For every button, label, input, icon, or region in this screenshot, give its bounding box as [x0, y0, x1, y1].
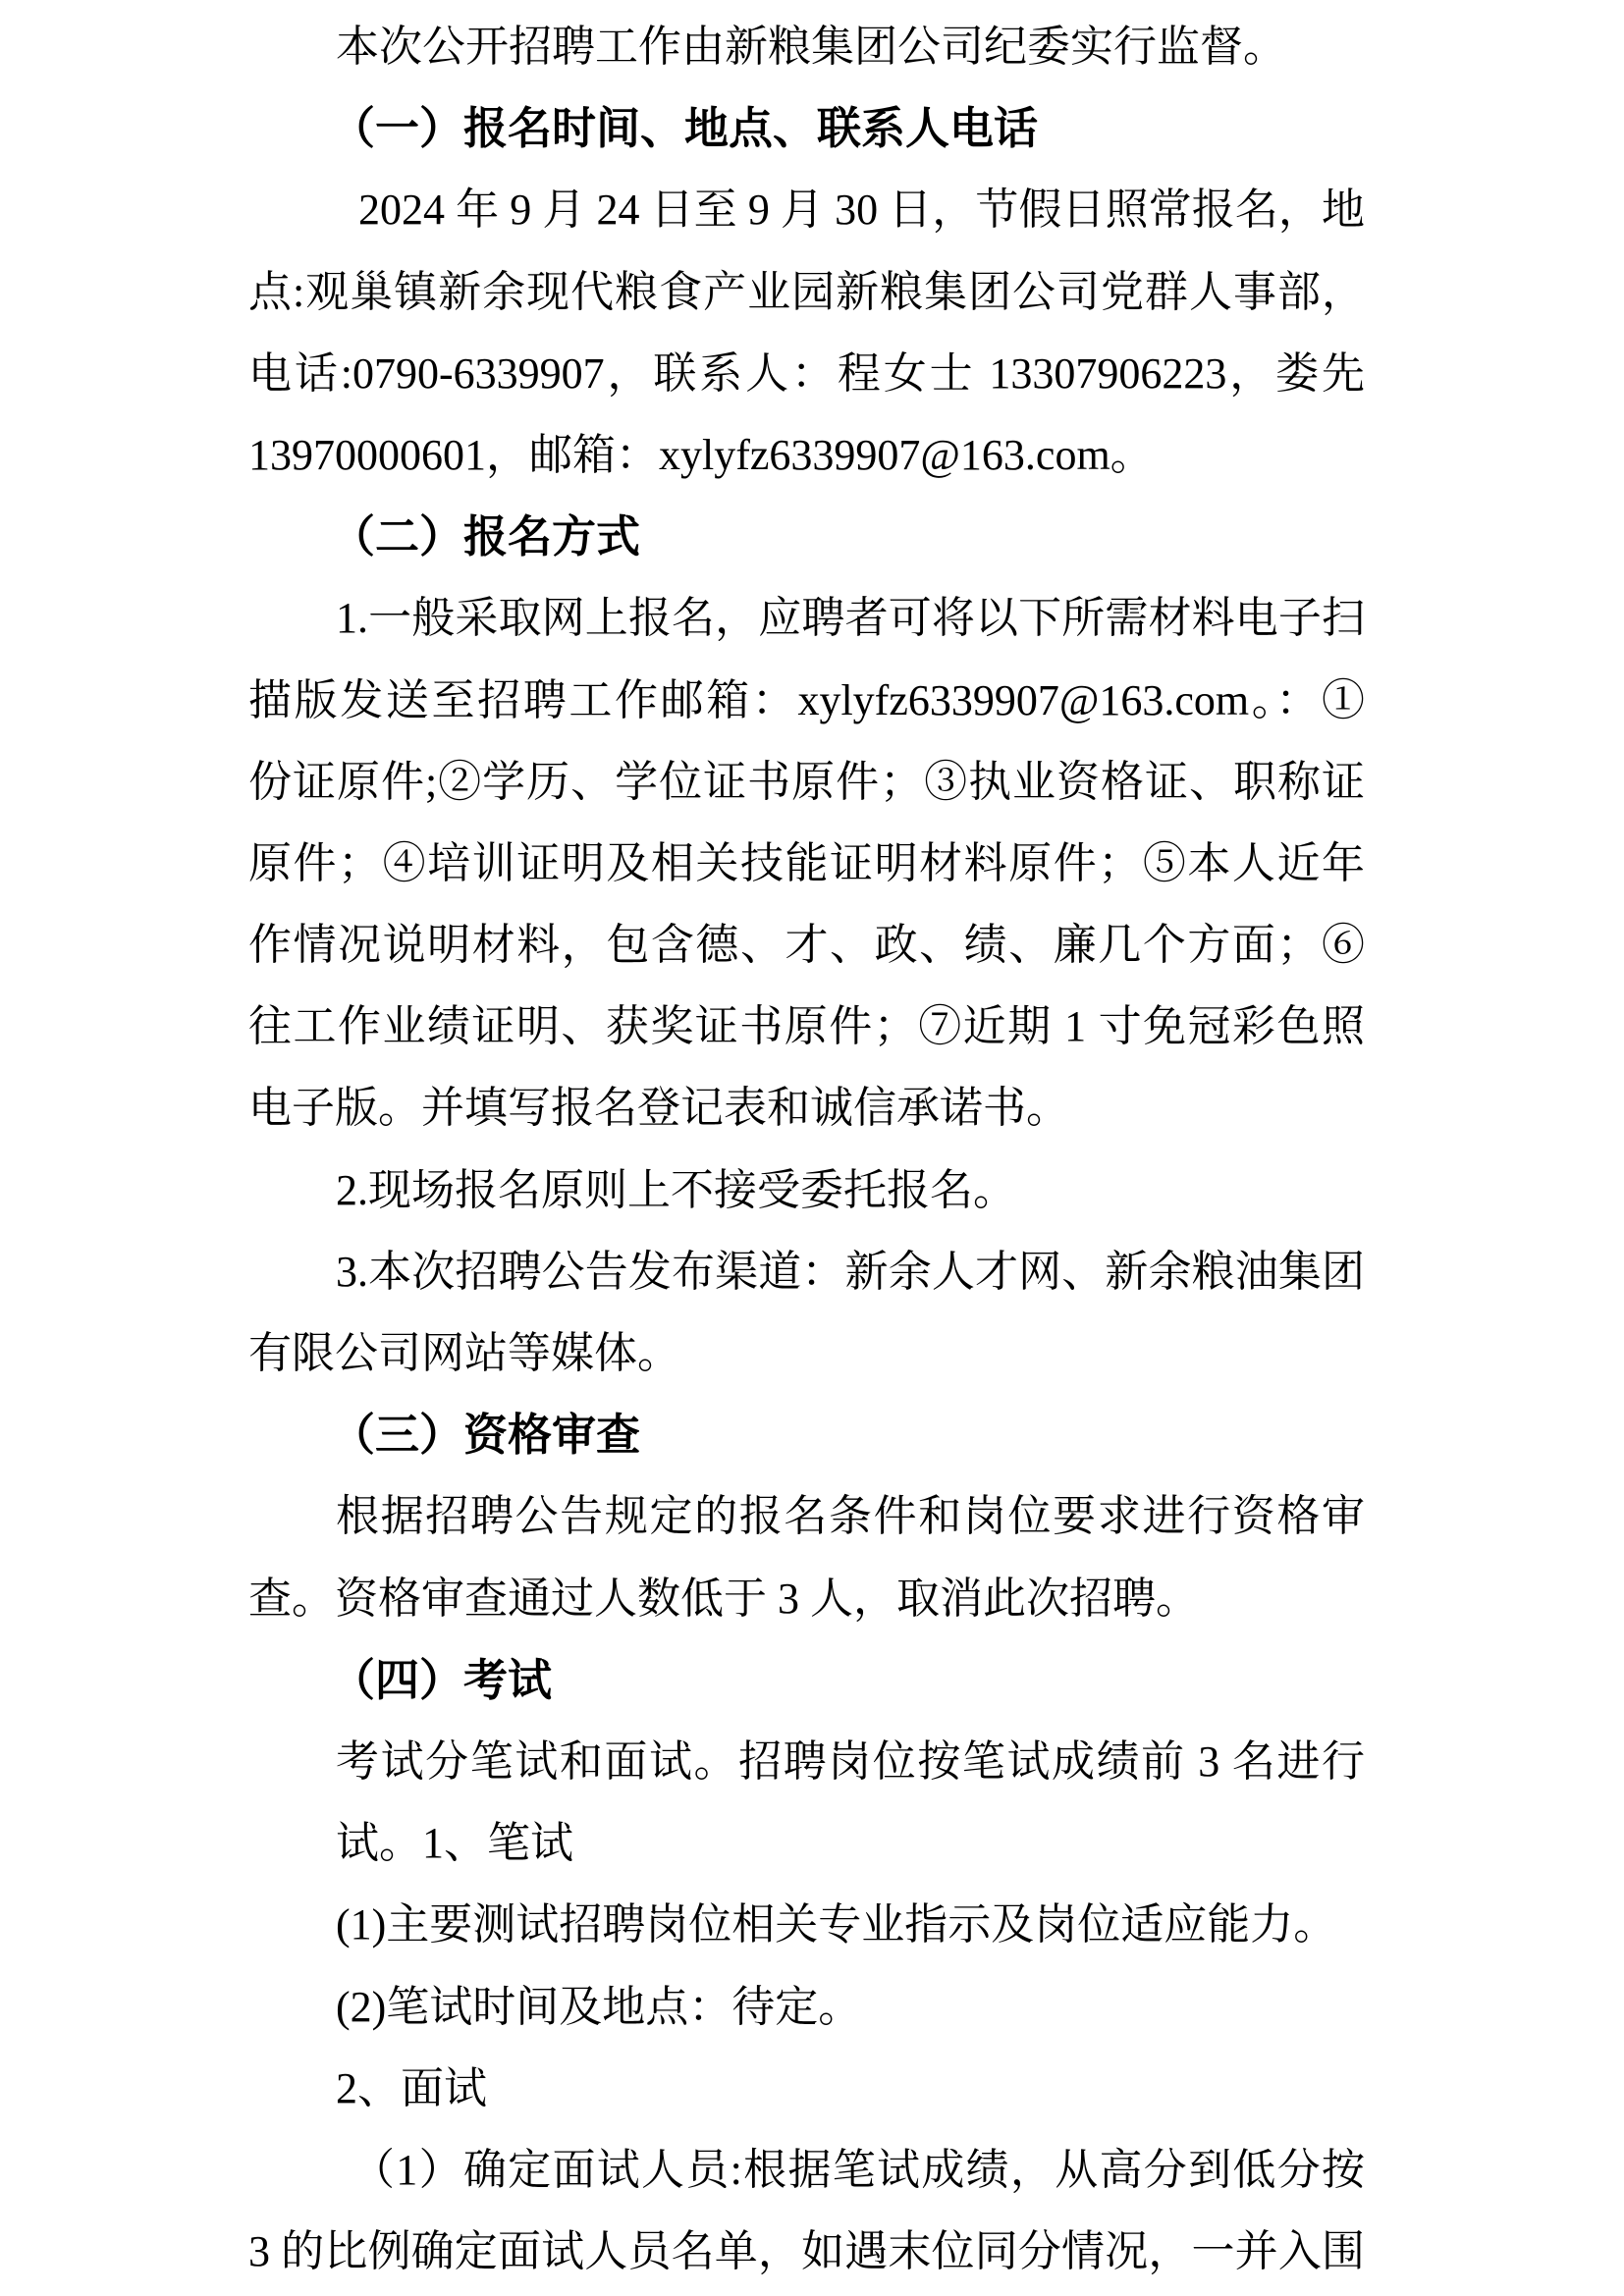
- text-line-18: （三）资格审查: [248, 1394, 1365, 1475]
- text-line-22: 考试分笔试和面试。招聘岗位按笔试成绩前 3 名进行面: [248, 1721, 1365, 1802]
- document-text-block: 本次公开招聘工作由新粮集团公司纪委实行监督。（一）报名时间、地点、联系人电话20…: [248, 6, 1365, 2292]
- text-line-7: （二）报名方式: [248, 496, 1365, 577]
- text-line-2: （一）报名时间、地点、联系人电话: [248, 87, 1365, 169]
- text-line-23: 试。1、笔试: [248, 1802, 1365, 1884]
- text-line-26: 2、面试: [248, 2048, 1365, 2129]
- text-line-12: 作情况说明材料，包含德、才、政、绩、廉几个方面；⑥以: [248, 904, 1365, 986]
- document-page: 本次公开招聘工作由新粮集团公司纪委实行监督。（一）报名时间、地点、联系人电话20…: [0, 0, 1624, 2296]
- text-line-21: （四）考试: [248, 1639, 1365, 1721]
- text-line-1: 本次公开招聘工作由新粮集团公司纪委实行监督。: [248, 6, 1365, 87]
- text-line-9: 描版发送至招聘工作邮箱：xylyfz6339907@163.com。：①身: [248, 660, 1365, 741]
- text-line-5: 电话:0790-6339907，联系人：程女士 13307906223，娄先生: [248, 333, 1365, 414]
- text-line-19: 根据招聘公告规定的报名条件和岗位要求进行资格审: [248, 1475, 1365, 1557]
- text-line-24: (1)主要测试招聘岗位相关专业指示及岗位适应能力。: [248, 1884, 1365, 1965]
- text-line-13: 往工作业绩证明、获奖证书原件；⑦近期 1 寸免冠彩色照片: [248, 986, 1365, 1067]
- text-line-17: 有限公司网站等媒体。: [248, 1312, 1365, 1394]
- text-line-15: 2.现场报名原则上不接受委托报名。: [248, 1149, 1365, 1231]
- text-line-11: 原件；④培训证明及相关技能证明材料原件；⑤本人近年工: [248, 823, 1365, 904]
- text-line-16: 3.本次招聘公告发布渠道：新余人才网、新余粮油集团: [248, 1231, 1365, 1312]
- text-line-10: 份证原件;②学历、学位证书原件；③执业资格证、职称证: [248, 741, 1365, 823]
- text-line-28: 3 的比例确定面试人员名单，如遇末位同分情况，一并入围: [248, 2211, 1365, 2292]
- text-line-25: (2)笔试时间及地点：待定。: [248, 1966, 1365, 2048]
- text-line-3: 2024 年 9 月 24 日至 9 月 30 日，节假日照常报名，地: [248, 169, 1365, 250]
- text-line-20: 查。资格审查通过人数低于 3 人，取消此次招聘。: [248, 1558, 1365, 1639]
- text-line-27: （1）确定面试人员:根据笔试成绩，从高分到低分按 1：: [248, 2129, 1365, 2211]
- text-line-6: 13970000601，邮箱：xylyfz6339907@163.com。: [248, 414, 1365, 496]
- text-line-8: 1.一般采取网上报名，应聘者可将以下所需材料电子扫: [248, 577, 1365, 659]
- text-line-4: 点:观巢镇新余现代粮食产业园新粮集团公司党群人事部，: [248, 251, 1365, 333]
- text-line-14: 电子版。并填写报名登记表和诚信承诺书。: [248, 1067, 1365, 1148]
